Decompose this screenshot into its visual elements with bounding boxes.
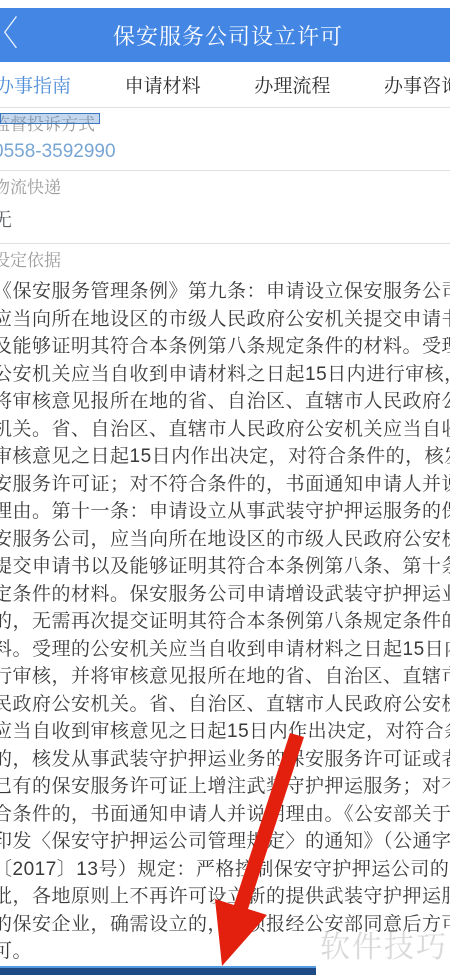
- legal-text-line: 〔2017〕13号）规定：严格控制保安守护押运公司的审: [0, 856, 450, 884]
- legal-text-line: 的，核发从事武装守护押运业务的保安服务许可证或者在: [0, 746, 450, 774]
- supervision-phone-link[interactable]: 0558-3592990: [0, 136, 450, 170]
- tab-process[interactable]: 办理流程: [254, 71, 330, 98]
- supervision-label: 监督投诉方式: [0, 108, 450, 136]
- tab-guide[interactable]: 办事指南: [0, 71, 71, 98]
- legal-text-line: 合条件的，书面通知申请人并说明理由。《公安部关于: [0, 801, 450, 829]
- legal-text-line: 的，无需再次提交证明其符合本条例第八条规定条件的材: [0, 608, 450, 636]
- legal-text-line: 民政府公安机关。省、自治区、直辖市人民政府公安机关: [0, 691, 450, 719]
- legal-text-line: 行审核，并将审核意见报所在地的省、自治区、直辖市人: [0, 663, 450, 691]
- legal-text-block: 《保安服务管理条例》第九条：申请设立保安服务公司， 应当向所在地设区的市级人民政…: [0, 272, 450, 966]
- tab-bar: 办事指南 申请材料 办理流程 办事咨询: [0, 62, 450, 107]
- legal-text-line: 审核意见之日起15日内作出决定，对符合条件的，核发保: [0, 443, 450, 471]
- legal-text-line: 及能够证明其符合本条例第八条规定条件的材料。受理的: [0, 333, 450, 361]
- legal-text-line: 安服务许可证；对不符合条件的，书面通知申请人并说明: [0, 471, 450, 499]
- legal-text-line: 安服务公司，应当向所在地设区的市级人民政府公安机关: [0, 526, 450, 554]
- legal-text-line: 理由。第十一条：申请设立从事武装守护押运服务的保: [0, 498, 450, 526]
- watermark-text: 软件技巧: [320, 922, 448, 966]
- legal-text-line: 机关。省、自治区、直辖市人民政府公安机关应当自收到: [0, 416, 450, 444]
- legal-text-line: 提交申请书以及能够证明其符合本条例第八条、第十条规: [0, 553, 450, 581]
- legal-text-line: 定条件的材料。保安服务公司申请增设武装守护押运业务: [0, 581, 450, 609]
- legal-text-line: 已有的保安服务许可证上增注武装守护押运服务；对不符: [0, 773, 450, 801]
- tab-consult[interactable]: 办事咨询: [384, 71, 450, 98]
- legal-text-line: 印发〈保安守护押运公司管理规定〉的通知》（公通字: [0, 828, 450, 856]
- legal-text-line: 公安机关应当自收到申请材料之日起15日内进行审核，并: [0, 361, 450, 389]
- favorite-star-icon[interactable]: ☆: [434, 20, 450, 51]
- legal-text-line: 将审核意见报所在地的省、自治区、直辖市人民政府公安: [0, 388, 450, 416]
- legal-text-line: 应当自收到审核意见之日起15日内作出决定，对符合条件: [0, 718, 450, 746]
- basis-label: 设定依据: [0, 244, 450, 272]
- app-screen: 〈 保安服务公司设立许可 ☆ 办事指南 申请材料 办理流程 办事咨询 监督投诉方…: [0, 0, 450, 975]
- content-canvas: 〈 保安服务公司设立许可 ☆ 办事指南 申请材料 办理流程 办事咨询 监督投诉方…: [0, 0, 450, 966]
- tab-materials[interactable]: 申请材料: [125, 71, 201, 98]
- legal-text-line: 批，各地原则上不再许可设立新的提供武装守护押运服务: [0, 883, 450, 911]
- back-icon[interactable]: 〈: [0, 4, 22, 66]
- legal-text-line: 料。受理的公安机关应当自收到申请材料之日起15日内进: [0, 636, 450, 664]
- app-header: 〈 保安服务公司设立许可 ☆: [0, 8, 450, 62]
- bottom-action-button[interactable]: [0, 966, 316, 975]
- legal-text-line: 应当向所在地设区的市级人民政府公安机关提交申请书以: [0, 306, 450, 334]
- page-title: 保安服务公司设立许可: [22, 20, 434, 51]
- selection-highlight: [0, 113, 100, 124]
- logistics-label: 物流快递: [0, 171, 450, 199]
- status-bar: [0, 0, 450, 8]
- legal-text-line: 《保安服务管理条例》第九条：申请设立保安服务公司，: [0, 278, 450, 306]
- logistics-value: 无: [0, 199, 450, 243]
